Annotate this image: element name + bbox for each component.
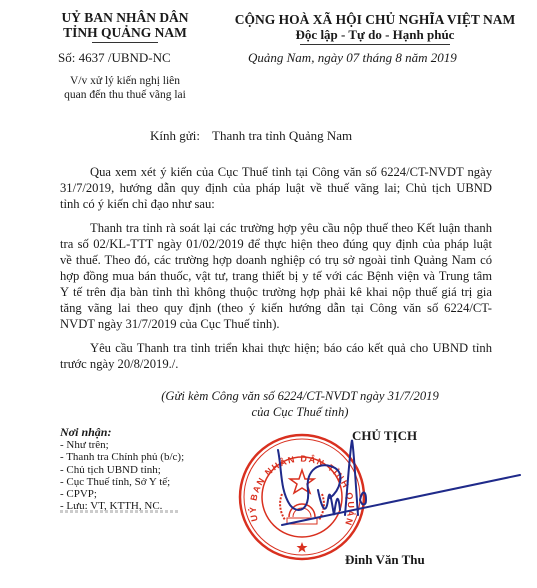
org-name-line2: TỈNH QUẢNG NAM bbox=[55, 25, 195, 40]
text-line: Thanh tra tỉnh rà soát lại các trường hợ… bbox=[60, 220, 492, 236]
text-line: tỉnh có ý kiến chỉ đạo như sau: bbox=[60, 196, 492, 212]
distribution-title: Nơi nhận: bbox=[60, 425, 184, 439]
distribution-item: - Chủ tịch UBND tỉnh; bbox=[60, 464, 184, 476]
issuing-authority: UỶ BAN NHÂN DÂN TỈNH QUẢNG NAM bbox=[55, 10, 195, 43]
signer-name: Đinh Văn Thu bbox=[345, 552, 425, 568]
text-line: Qua xem xét ý kiến của Cục Thuế tỉnh tại… bbox=[60, 164, 492, 180]
attachment-note: (Gửi kèm Công văn số 6224/CT-NVDT ngày 3… bbox=[150, 388, 450, 420]
text-line: Y tế trên địa bàn tỉnh thì không thuộc t… bbox=[60, 284, 492, 300]
body-paragraph-1: Qua xem xét ý kiến của Cục Thuế tỉnh tại… bbox=[60, 164, 492, 212]
addressee-name: Thanh tra tỉnh Quảng Nam bbox=[212, 128, 352, 143]
text-line: Yêu cầu Thanh tra tỉnh triển khai thực h… bbox=[60, 340, 492, 356]
subject-line2: quan đến thu thuế vãng lai bbox=[64, 89, 186, 101]
document-number: Số: 4637 /UBND-NC bbox=[58, 50, 171, 66]
body-paragraph-3: Yêu cầu Thanh tra tỉnh triển khai thực h… bbox=[60, 340, 492, 372]
distribution-item: - Thanh tra Chính phủ (b/c); bbox=[60, 451, 184, 463]
org-name-line1: UỶ BAN NHÂN DÂN bbox=[55, 10, 195, 25]
illegible-footnote bbox=[60, 510, 180, 513]
text-line: hợp đồng mua bán thuốc, vật tư, trang th… bbox=[60, 268, 492, 284]
header-right-divider bbox=[300, 44, 450, 45]
attachment-line1: (Gửi kèm Công văn số 6224/CT-NVDT ngày 3… bbox=[161, 389, 439, 403]
place-and-date: Quảng Nam, ngày 07 tháng 8 năm 2019 bbox=[248, 50, 457, 66]
text-line: trước ngày 20/8/2019./. bbox=[60, 356, 492, 372]
addressee-label: Kính gửi: bbox=[150, 128, 200, 143]
document-subject: V/v xử lý kiến nghị liên quan đến thu th… bbox=[55, 74, 195, 102]
header-left-divider bbox=[92, 42, 158, 43]
nation-name: CỘNG HOÀ XÃ HỘI CHỦ NGHĨA VIỆT NAM bbox=[225, 12, 525, 27]
distribution-list: Nơi nhận: - Như trên; - Thanh tra Chính … bbox=[60, 425, 184, 513]
handwritten-signature bbox=[270, 430, 530, 540]
subject-line1: V/v xử lý kiến nghị liên bbox=[70, 75, 180, 87]
distribution-item: - Như trên; bbox=[60, 439, 184, 451]
text-line: NVDT ngày 31/7/2019 của Cục Thuế tỉnh). bbox=[60, 316, 492, 332]
text-line: về thuế. Theo đó, các trường hợp doanh n… bbox=[60, 252, 492, 268]
national-title: CỘNG HOÀ XÃ HỘI CHỦ NGHĨA VIỆT NAM Độc l… bbox=[225, 12, 525, 45]
addressee: Kính gửi:Thanh tra tỉnh Quảng Nam bbox=[150, 128, 352, 144]
text-line: 31/7/2019, hướng dẫn quy định của pháp l… bbox=[60, 180, 492, 196]
distribution-item: - Cục Thuế tỉnh, Sở Y tế; bbox=[60, 476, 184, 488]
body-paragraph-2: Thanh tra tỉnh rà soát lại các trường hợ… bbox=[60, 220, 492, 332]
text-line: tăng vãng lai theo quy định (theo ý kiến… bbox=[60, 300, 492, 316]
national-motto: Độc lập - Tự do - Hạnh phúc bbox=[225, 27, 525, 43]
attachment-line2: của Cục Thuế tỉnh) bbox=[252, 405, 349, 419]
distribution-item: - CPVP; bbox=[60, 488, 184, 500]
text-line: tra số 02/KL-TTT ngày 01/02/2019 để thực… bbox=[60, 236, 492, 252]
